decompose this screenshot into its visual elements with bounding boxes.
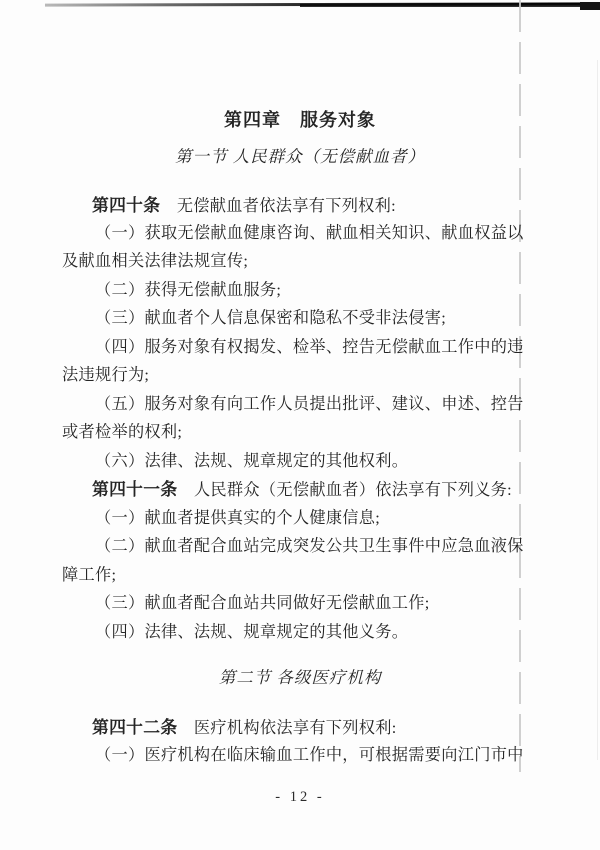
scan-top-corner-artifact xyxy=(580,2,600,10)
article-40-item-3: （三）献血者个人信息保密和隐私不受非法侵害; xyxy=(95,309,446,328)
article-41-intro: 人民群众（无偿献血者）依法享有下列义务: xyxy=(177,481,512,499)
article-41-item-2-line-2: 障工作; xyxy=(62,566,116,585)
article-42-heading: 第四十二条 医疗机构依法享有下列权利: xyxy=(92,718,397,738)
article-40-intro: 无偿献血者依法享有下列权利: xyxy=(160,197,396,215)
chapter-heading: 第四章 服务对象 xyxy=(0,110,600,131)
article-41-item-1: （一）献血者提供真实的个人健康信息; xyxy=(95,509,380,528)
article-41-item-2-line-1: （二）献血者配合血站完成突发公共卫生事件中应急血液保 xyxy=(95,537,524,556)
article-42-number: 第四十二条 xyxy=(92,718,177,737)
article-41-number: 第四十一条 xyxy=(92,480,177,499)
article-40-item-5-line-1: （五）服务对象有向工作人员提出批评、建议、申述、控告 xyxy=(95,395,524,414)
article-40-item-1-line-2: 及献血相关法律法规宣传; xyxy=(62,252,248,271)
article-41-heading: 第四十一条 人民群众（无偿献血者）依法享有下列义务: xyxy=(92,480,512,500)
article-42-intro: 医疗机构依法享有下列权利: xyxy=(177,719,396,737)
article-40-item-4-line-2: 法违规行为; xyxy=(62,366,149,385)
section-1-heading: 第一节 人民群众（无偿献血者） xyxy=(0,148,600,167)
article-41-item-3: （三）献血者配合血站共同做好无偿献血工作; xyxy=(95,594,430,613)
section-2-heading: 第二节 各级医疗机构 xyxy=(0,669,600,688)
article-40-heading: 第四十条 无偿献血者依法享有下列权利: xyxy=(92,196,396,216)
article-40-item-4-line-1: （四）服务对象有权揭发、检举、控告无偿献血工作中的违 xyxy=(95,338,524,357)
article-40-item-5-line-2: 或者检举的权利; xyxy=(62,423,182,442)
scan-top-edge-dark-artifact xyxy=(300,4,600,7)
article-42-item-1-line-1: （一）医疗机构在临床输血工作中，可根据需要向江门市中 xyxy=(95,746,524,765)
article-40-item-6: （六）法律、法规、规章规定的其他权利。 xyxy=(95,452,408,471)
scanned-document-page: 第四章 服务对象 第一节 人民群众（无偿献血者） 第四十条 无偿献血者依法享有下… xyxy=(0,0,600,850)
article-40-number: 第四十条 xyxy=(92,196,160,215)
article-40-item-1-line-1: （一）获取无偿献血健康咨询、献血相关知识、献血权益以 xyxy=(95,224,524,243)
article-40-item-2: （二）获得无偿献血服务; xyxy=(95,281,281,300)
article-41-item-4: （四）法律、法规、规章规定的其他义务。 xyxy=(95,623,408,642)
page-number: - 12 - xyxy=(0,789,600,806)
